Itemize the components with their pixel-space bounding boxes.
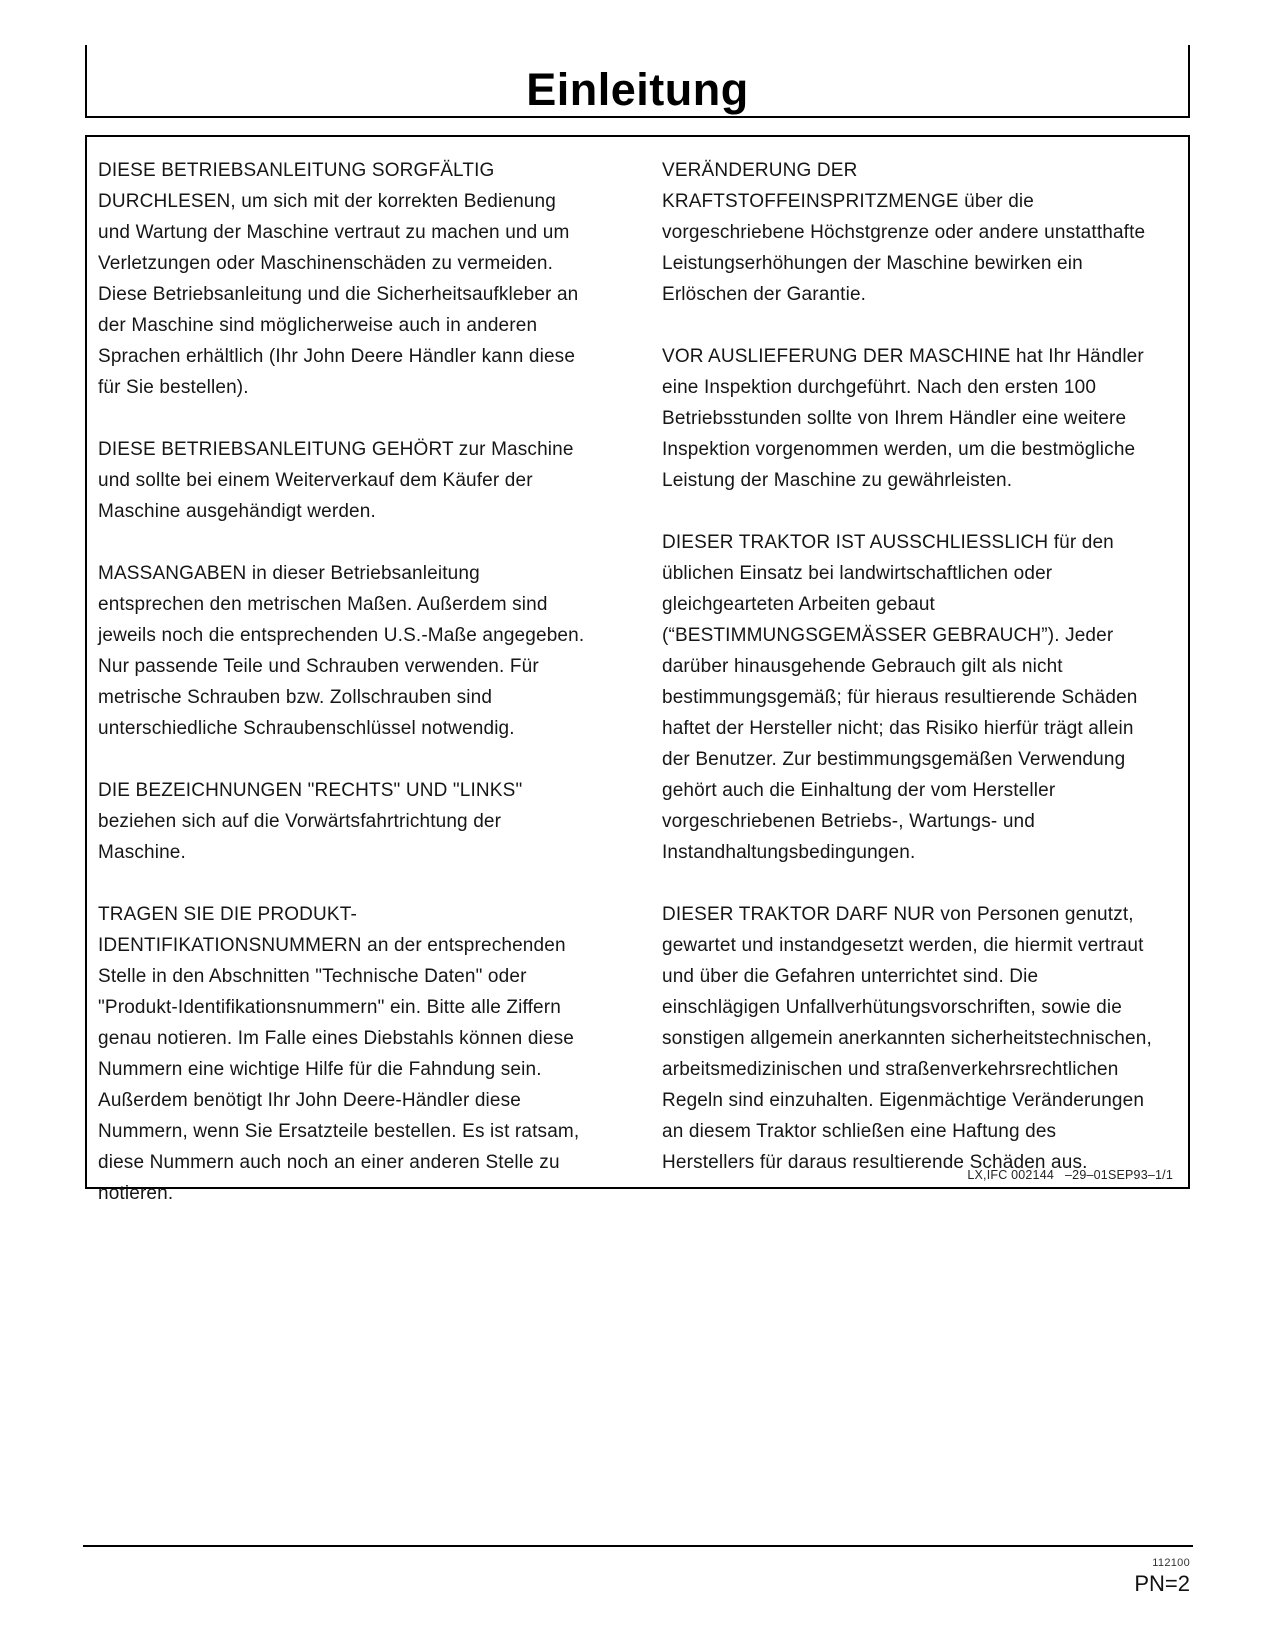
print-code: 112100: [1152, 1557, 1190, 1569]
two-column-layout: DIESE BETRIEBSANLEITUNG SORGFÄLTIG DURCH…: [87, 137, 1188, 1240]
document-reference-code: LX,IFC 002144 –29–01SEP93–1/1: [87, 1168, 1173, 1182]
title-banner: Einleitung: [85, 45, 1190, 118]
paragraph: MASSANGABEN in dieser Betriebsanleitung …: [98, 558, 590, 744]
page-title: Einleitung: [526, 67, 749, 116]
page-number: PN=2: [1134, 1571, 1190, 1597]
right-column: VERÄNDERUNG DER KRAFTSTOFFEINSPRITZMENGE…: [662, 155, 1154, 1240]
paragraph: VOR AUSLIEFERUNG DER MASCHINE hat Ihr Hä…: [662, 341, 1154, 496]
footer-divider: [83, 1545, 1193, 1547]
paragraph: DIESE BETRIEBSANLEITUNG SORGFÄLTIG DURCH…: [98, 155, 590, 403]
paragraph: DIESE BETRIEBSANLEITUNG GEHÖRT zur Masch…: [98, 434, 590, 527]
left-column: DIESE BETRIEBSANLEITUNG SORGFÄLTIG DURCH…: [98, 155, 590, 1240]
paragraph: DIESER TRAKTOR IST AUSSCHLIESSLICH für d…: [662, 527, 1154, 868]
manual-page: Einleitung DIESE BETRIEBSANLEITUNG SORGF…: [0, 0, 1275, 1650]
paragraph: DIESER TRAKTOR DARF NUR von Personen gen…: [662, 899, 1154, 1178]
content-frame: DIESE BETRIEBSANLEITUNG SORGFÄLTIG DURCH…: [85, 135, 1190, 1189]
paragraph: TRAGEN SIE DIE PRODUKT-IDENTIFIKATIONSNU…: [98, 899, 590, 1209]
paragraph: VERÄNDERUNG DER KRAFTSTOFFEINSPRITZMENGE…: [662, 155, 1154, 310]
paragraph: DIE BEZEICHNUNGEN "RECHTS" UND "LINKS" b…: [98, 775, 590, 868]
